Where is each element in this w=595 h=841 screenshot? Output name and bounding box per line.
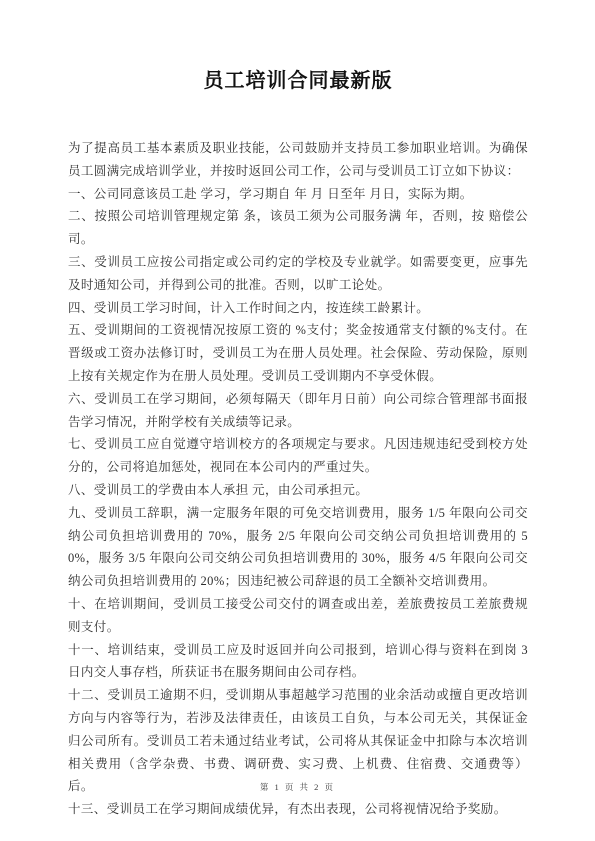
clause-2: 二、按照公司培训管理规定第 条，该员工须为公司服务满 年，否则，按 赔偿公司。 xyxy=(68,205,528,251)
document-page: 员工培训合同最新版 为了提高员工基本素质及职业技能，公司鼓励并支持员工参加职业培… xyxy=(0,0,595,841)
clause-13: 十三、受训员工在学习期间成绩优异，有杰出表现，公司将视情况给予奖励。 xyxy=(68,798,528,821)
document-body: 为了提高员工基本素质及职业技能，公司鼓励并支持员工参加职业培训。为确保员工圆满完… xyxy=(68,137,528,821)
clause-4: 四、受训员工学习时间，计入工作时间之内，按连续工龄累计。 xyxy=(68,297,528,320)
document-title: 员工培训合同最新版 xyxy=(68,68,528,94)
intro-paragraph: 为了提高员工基本素质及职业技能，公司鼓励并支持员工参加职业培训。为确保员工圆满完… xyxy=(68,137,528,183)
clause-7: 七、受训员工应自觉遵守培训校方的各项规定与要求。凡因违规违纪受到校方处分的，公司… xyxy=(68,433,528,479)
clause-9: 九、受训员工辞职，满一定服务年限的可免交培训费用，服务 1/5 年限向公司交纳公… xyxy=(68,502,528,593)
clause-3: 三、受训员工应按公司指定或公司约定的学校及专业就学。如需要变更，应事先及时通知公… xyxy=(68,251,528,297)
clause-5: 五、受训期间的工资视情况按原工资的 %支付；奖金按通常支付额的%支付。在晋级或工… xyxy=(68,319,528,387)
clause-10: 十、在培训期间，受训员工接受公司交付的调查或出差，差旅费按员工差旅费规则支付。 xyxy=(68,593,528,639)
clause-1: 一、公司同意该员工赴 学习，学习期自 年 月 日至年 月日，实际为期。 xyxy=(68,183,528,206)
page-footer: 第 1 页 共 2 页 xyxy=(0,781,595,793)
clause-6: 六、受训员工在学习期间，必须每隔天（即年月日前）向公司综合管理部书面报告学习情况… xyxy=(68,388,528,434)
clause-8: 八、受训员工的学费由本人承担 元，由公司承担元。 xyxy=(68,479,528,502)
clause-11: 十一、培训结束，受训员工应及时返回并向公司报到，培训心得与资料在到岗 3 日内交… xyxy=(68,639,528,685)
